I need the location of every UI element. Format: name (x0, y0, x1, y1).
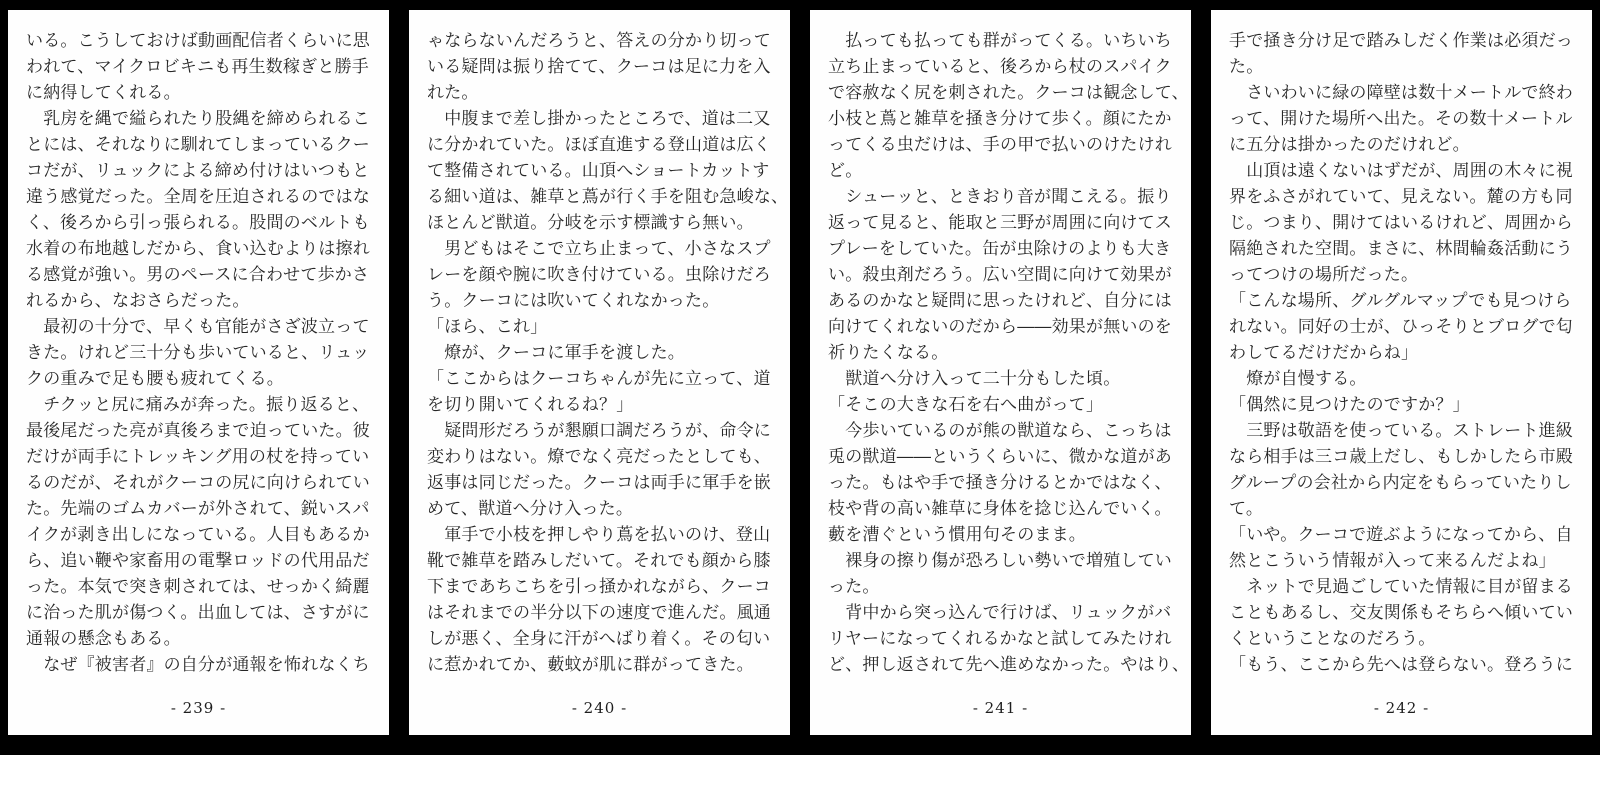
text-line: 靴で雑草を踏みしだいて。それでも顔から膝 (427, 548, 772, 574)
text-line: た。先端のゴムカバーが外されて、鋭いスパ (26, 496, 371, 522)
text-line: 乳房を縄で縊られたり股縄を締められるこ (26, 106, 371, 132)
text-line: 隔絶された空間。まさに、林間輪姦活動にう (1229, 236, 1574, 262)
text-line: わしてるだけだからね」 (1229, 340, 1574, 366)
page-number: - 239 - (26, 699, 371, 725)
text-line: 変わりはない。燎でなく亮だったとしても、 (427, 444, 772, 470)
text-line: しが悪く、全身に汗がへばり着く。その匂い (427, 626, 772, 652)
text-line: 今歩いているのが熊の獣道なら、こっちは (828, 418, 1173, 444)
text-line: 最後尾だった亮が真後ろまで迫っていた。彼 (26, 418, 371, 444)
text-line: るのだが、それがクーコの尻に向けられてい (26, 470, 371, 496)
page-number: - 240 - (427, 699, 772, 725)
text-line: 「ここからはクーコちゃんが先に立って、道 (427, 366, 772, 392)
text-line: 「こんな場所、グルグルマップでも見つけら (1229, 288, 1574, 314)
text-line: 「ほら、これ」 (427, 314, 772, 340)
text-line: 手で掻き分け足で踏みしだく作業は必須だっ (1229, 28, 1574, 54)
text-line: 裸身の擦り傷が恐ろしい勢いで増殖してい (828, 548, 1173, 574)
text-line: 祈りたくなる。 (828, 340, 1173, 366)
text-line: ら、追い鞭や家畜用の電撃ロッドの代用品だ (26, 548, 371, 574)
text-line: 小枝と蔦と雑草を掻き分けて歩く。顔にたか (828, 106, 1173, 132)
page-text: 払っても払っても群がってくる。いちいち立ち止まっていると、後ろから杖のスパイクで… (828, 28, 1173, 678)
text-line: 燎が自慢する。 (1229, 366, 1574, 392)
emphasized-text: そちら (1435, 603, 1487, 623)
text-line: 兎の獣道――というくらいに、微かな道があ (828, 444, 1173, 470)
text-line: 向けてくれないのだから――効果が無いのを (828, 314, 1173, 340)
page-number: - 241 - (828, 699, 1173, 725)
text-line: チクッと尻に痛みが奔った。振り返ると、 (26, 392, 371, 418)
text-line: なら相手は三コ歳上だし、もしかしたら市殿 (1229, 444, 1574, 470)
text-line: ど。 (828, 158, 1173, 184)
text-line: 中腹まで差し掛かったところで、道は二又 (427, 106, 772, 132)
page-text: 手で掻き分け足で踏みしだく作業は必須だった。 さいわいに緑の障壁は数十メートルで… (1229, 28, 1574, 678)
text-line: あるのかなと疑問に思ったけれど、自分には (828, 288, 1173, 314)
text-line: った。 (828, 574, 1173, 600)
page-number: - 242 - (1229, 699, 1574, 725)
text-line: た。 (1229, 54, 1574, 80)
text-line: めて、獣道へ分け入った。 (427, 496, 772, 522)
text-line: グループの会社から内定をもらっていたりし (1229, 470, 1574, 496)
text-line: れた。 (427, 80, 772, 106)
text-line: った。もはや手で掻き分けるとかではなく、 (828, 470, 1173, 496)
text-line: ど、押し返されて先へ進めなかった。やはり、 (828, 652, 1173, 678)
text-line: に納得してくれる。 (26, 80, 371, 106)
page-text: ゃならないんだろうと、答えの分かり切っている疑問は振り捨てて、クーコは足に力を入… (427, 28, 772, 678)
text-line: れない。同好の士が、ひっそりとブログで匂 (1229, 314, 1574, 340)
text-line: 最初の十分で、早くも官能がさざ波立って (26, 314, 371, 340)
book-page: 払っても払っても群がってくる。いちいち立ち止まっていると、後ろから杖のスパイクで… (810, 10, 1191, 735)
text-line: る細い道は、雑草と蔦が行く手を阻む急峻な、 (427, 184, 772, 210)
book-page: いる。こうしておけば動画配信者くらいに思われて、マイクロビキニも再生数稼ぎと勝手… (8, 10, 389, 735)
text-line: 界をふさがれていて、見えない。麓の方も同 (1229, 184, 1574, 210)
text-line: 獣道へ分け入って二十分もした頃。 (828, 366, 1173, 392)
text-line: さいわいに緑の障壁は数十メートルで終わ (1229, 80, 1574, 106)
text-line: れるから、なおさらだった。 (26, 288, 371, 314)
text-line: に五分は掛かったのだけれど。 (1229, 132, 1574, 158)
text-line: 男どもはそこで立ち止まって、小さなスプ (427, 236, 772, 262)
text-line: 返事は同じだった。クーコは両手に軍手を嵌 (427, 470, 772, 496)
text-line: で容赦なく尻を刺された。クーコは観念して、 (828, 80, 1173, 106)
book-spread: いる。こうしておけば動画配信者くらいに思われて、マイクロビキニも再生数稼ぎと勝手… (0, 0, 1600, 755)
text-line: とには、それなりに馴れてしまっているクー (26, 132, 371, 158)
text-line: プレーをしていた。缶が虫除けのよりも大き (828, 236, 1173, 262)
text-line: い。殺虫剤だろう。広い空間に向けて効果が (828, 262, 1173, 288)
text-line: った。本気で突き刺されては、せっかく綺麗 (26, 574, 371, 600)
text-line: に惹かれてか、藪蚊が肌に群がってきた。 (427, 652, 772, 678)
text-line: く、後ろから引っ張られる。股間のベルトも (26, 210, 371, 236)
text-line: イクが剥き出しになっている。人目もあるか (26, 522, 371, 548)
text-line: 「いや。クーコで遊ぶようになってから、自 (1229, 522, 1574, 548)
text-line: ゃならないんだろうと、答えの分かり切って (427, 28, 772, 54)
text-line: いる疑問は振り捨てて、クーコは足に力を入 (427, 54, 772, 80)
text-line: 通報の懸念もある。 (26, 626, 371, 652)
text-line: 然とこういう情報が入って来るんだよね」 (1229, 548, 1574, 574)
text-line: こともあるし、交友関係もそちらへ傾いてい (1229, 600, 1574, 626)
text-line: なぜ『被害者』の自分が通報を怖れなくち (26, 652, 371, 678)
text-line: きた。けれど三十分も歩いていると、リュッ (26, 340, 371, 366)
text-line: シューッと、ときおり音が聞こえる。振り (828, 184, 1173, 210)
text-line: 返って見ると、能取と三野が周囲に向けてス (828, 210, 1173, 236)
text-line: 山頂は遠くないはずだが、周囲の木々に視 (1229, 158, 1574, 184)
book-page: ゃならないんだろうと、答えの分かり切っている疑問は振り捨てて、クーコは足に力を入… (409, 10, 790, 735)
text-line: う。クーコには吹いてくれなかった。 (427, 288, 772, 314)
text-line: 燎が、クーコに軍手を渡した。 (427, 340, 772, 366)
text-line: はそれまでの半分以下の速度で進んだ。風通 (427, 600, 772, 626)
text-line: クの重みで足も腰も疲れてくる。 (26, 366, 371, 392)
text-line: って、開けた場所へ出た。その数十メートル (1229, 106, 1574, 132)
text-line: て整備されている。山頂へショートカットす (427, 158, 772, 184)
text-line: を切り開いてくれるね？」 (427, 392, 772, 418)
text-line: 違う感覚だった。全周を圧迫されるのではな (26, 184, 371, 210)
text-line: 疑問形だろうが懇願口調だろうが、命令に (427, 418, 772, 444)
text-line: じ。つまり、開けてはいるけれど、周囲から (1229, 210, 1574, 236)
text-line: だけが両手にトレッキング用の杖を持ってい (26, 444, 371, 470)
text-line: 「もう、ここから先へは登らない。登ろうに (1229, 652, 1574, 678)
text-line: 「偶然に見つけたのですか？」 (1229, 392, 1574, 418)
text-line: 三野は敬語を使っている。ストレート進級 (1229, 418, 1574, 444)
text-line: コだが、リュックによる締め付けはいつもと (26, 158, 371, 184)
text-line: ネットで見過ごしていた情報に目が留まる (1229, 574, 1574, 600)
text-line: 下まであちこちを引っ掻かれながら、クーコ (427, 574, 772, 600)
text-line: に治った肌が傷つく。出血しては、さすがに (26, 600, 371, 626)
page-text: いる。こうしておけば動画配信者くらいに思われて、マイクロビキニも再生数稼ぎと勝手… (26, 28, 371, 678)
text-line: ってつけの場所だった。 (1229, 262, 1574, 288)
text-line: 軍手で小枝を押しやり蔦を払いのけ、登山 (427, 522, 772, 548)
text-line: レーを顔や腕に吹き付けている。虫除けだろ (427, 262, 772, 288)
text-line: に分かれていた。ほぼ直進する登山道は広く (427, 132, 772, 158)
text-line: 立ち止まっていると、後ろから杖のスパイク (828, 54, 1173, 80)
text-line: ってくる虫だけは、手の甲で払いのけたけれ (828, 132, 1173, 158)
text-line: くということなのだろう。 (1229, 626, 1574, 652)
text-line: ほとんど獣道。分岐を示す標識すら無い。 (427, 210, 772, 236)
text-line: 枝や背の高い雑草に身体を捻じ込んでいく。 (828, 496, 1173, 522)
text-line: われて、マイクロビキニも再生数稼ぎと勝手 (26, 54, 371, 80)
text-line: る感覚が強い。男のペースに合わせて歩かさ (26, 262, 371, 288)
text-line: て。 (1229, 496, 1574, 522)
text-line: 藪を漕ぐという慣用句そのまま。 (828, 522, 1173, 548)
text-line: 払っても払っても群がってくる。いちいち (828, 28, 1173, 54)
text-line: リヤーになってくれるかなと試してみたけれ (828, 626, 1173, 652)
text-line: 背中から突っ込んで行けば、リュックがバ (828, 600, 1173, 626)
text-line: 水着の布地越しだから、食い込むよりは擦れ (26, 236, 371, 262)
text-line: 「そこの大きな石を右へ曲がって」 (828, 392, 1173, 418)
text-line: いる。こうしておけば動画配信者くらいに思 (26, 28, 371, 54)
book-page: 手で掻き分け足で踏みしだく作業は必須だった。 さいわいに緑の障壁は数十メートルで… (1211, 10, 1592, 735)
